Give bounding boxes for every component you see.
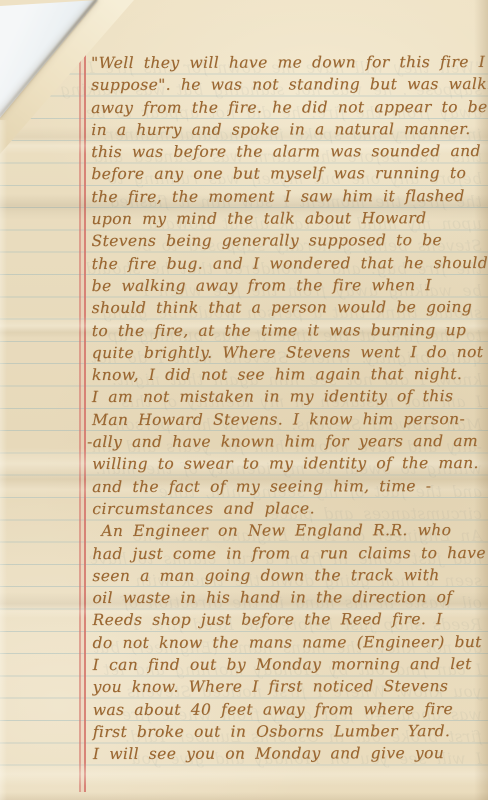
manuscript-line: should think that a person would be goin… — [92, 296, 488, 319]
manuscript-line: in a hurry and spoke in a natural manner… — [91, 118, 487, 141]
manuscript-line: I am not mistaken in my identity of this — [92, 385, 488, 408]
manuscript-line: and the fact of my seeing him, time - — [92, 475, 488, 498]
manuscript-line: the fire bug. and I wondered that he sho… — [92, 252, 488, 275]
manuscript-line: do not know the mans name (Engineer) but — [93, 631, 488, 654]
page-number: 3 — [54, 56, 63, 72]
manuscript-line: this was before the alarm was sounded an… — [91, 140, 487, 163]
manuscript-line: upon my mind the talk about Howard — [91, 207, 487, 230]
manuscript-line: to the fire, at the time it was burning … — [92, 319, 488, 342]
manuscript-line: know, I did not see him again that night… — [92, 363, 488, 386]
manuscript-line: first broke out in Osborns Lumber Yard. — [93, 720, 488, 743]
manuscript-line: suppose". he was not standing but was wa… — [91, 73, 487, 96]
manuscript-line: Stevens being generally supposed to be — [91, 229, 487, 252]
manuscript-line: away from the fire. he did not appear to… — [91, 96, 487, 119]
manuscript-line: before any one but myself was running to — [91, 162, 487, 185]
manuscript-page: "Well they will have me down for this fi… — [0, 0, 488, 800]
manuscript-line: Man Howard Stevens. I know him person- — [92, 408, 488, 431]
manuscript-line: willing to swear to my identity of the m… — [92, 452, 488, 475]
manuscript-text: "Well they will have me down for this fi… — [91, 51, 488, 766]
manuscript-line: Reeds shop just before the Reed fire. I — [92, 608, 488, 631]
manuscript-line: circumstances and place. — [92, 497, 488, 520]
manuscript-line: I can find out by Monday morning and let — [93, 653, 488, 676]
manuscript-line: had just come in from a run claims to ha… — [92, 541, 488, 564]
page-bottom-edge-shadow — [0, 792, 488, 800]
manuscript-line: -ally and have known him for years and a… — [87, 430, 488, 453]
manuscript-line: quite brightly. Where Stevens went I do … — [92, 341, 488, 364]
manuscript-line: was about 40 feet away from where fire — [93, 698, 488, 721]
manuscript-line: An Engineer on New England R.R. who — [92, 519, 488, 542]
manuscript-line: you know. Where I first noticed Stevens — [93, 675, 488, 698]
manuscript-line: seen a man going down the track with — [92, 564, 488, 587]
fold-crease-shadow — [0, 0, 98, 118]
margin-line-outer — [79, 14, 81, 792]
manuscript-line: oil waste in his hand in the direction o… — [92, 586, 488, 609]
manuscript-line: I will see you on Monday and give you — [93, 742, 488, 765]
fold-crease-shadow-soft — [0, 0, 99, 119]
page-left-edge-highlight — [0, 120, 7, 800]
manuscript-line: "Well they will have me down for this fi… — [91, 51, 487, 74]
crease-band — [0, 762, 488, 786]
manuscript-line: the fire, the moment I saw him it flashe… — [91, 185, 487, 208]
manuscript-line: be walking away from the fire when I — [92, 274, 488, 297]
margin-line-inner — [84, 14, 86, 792]
margin-line — [79, 14, 86, 792]
